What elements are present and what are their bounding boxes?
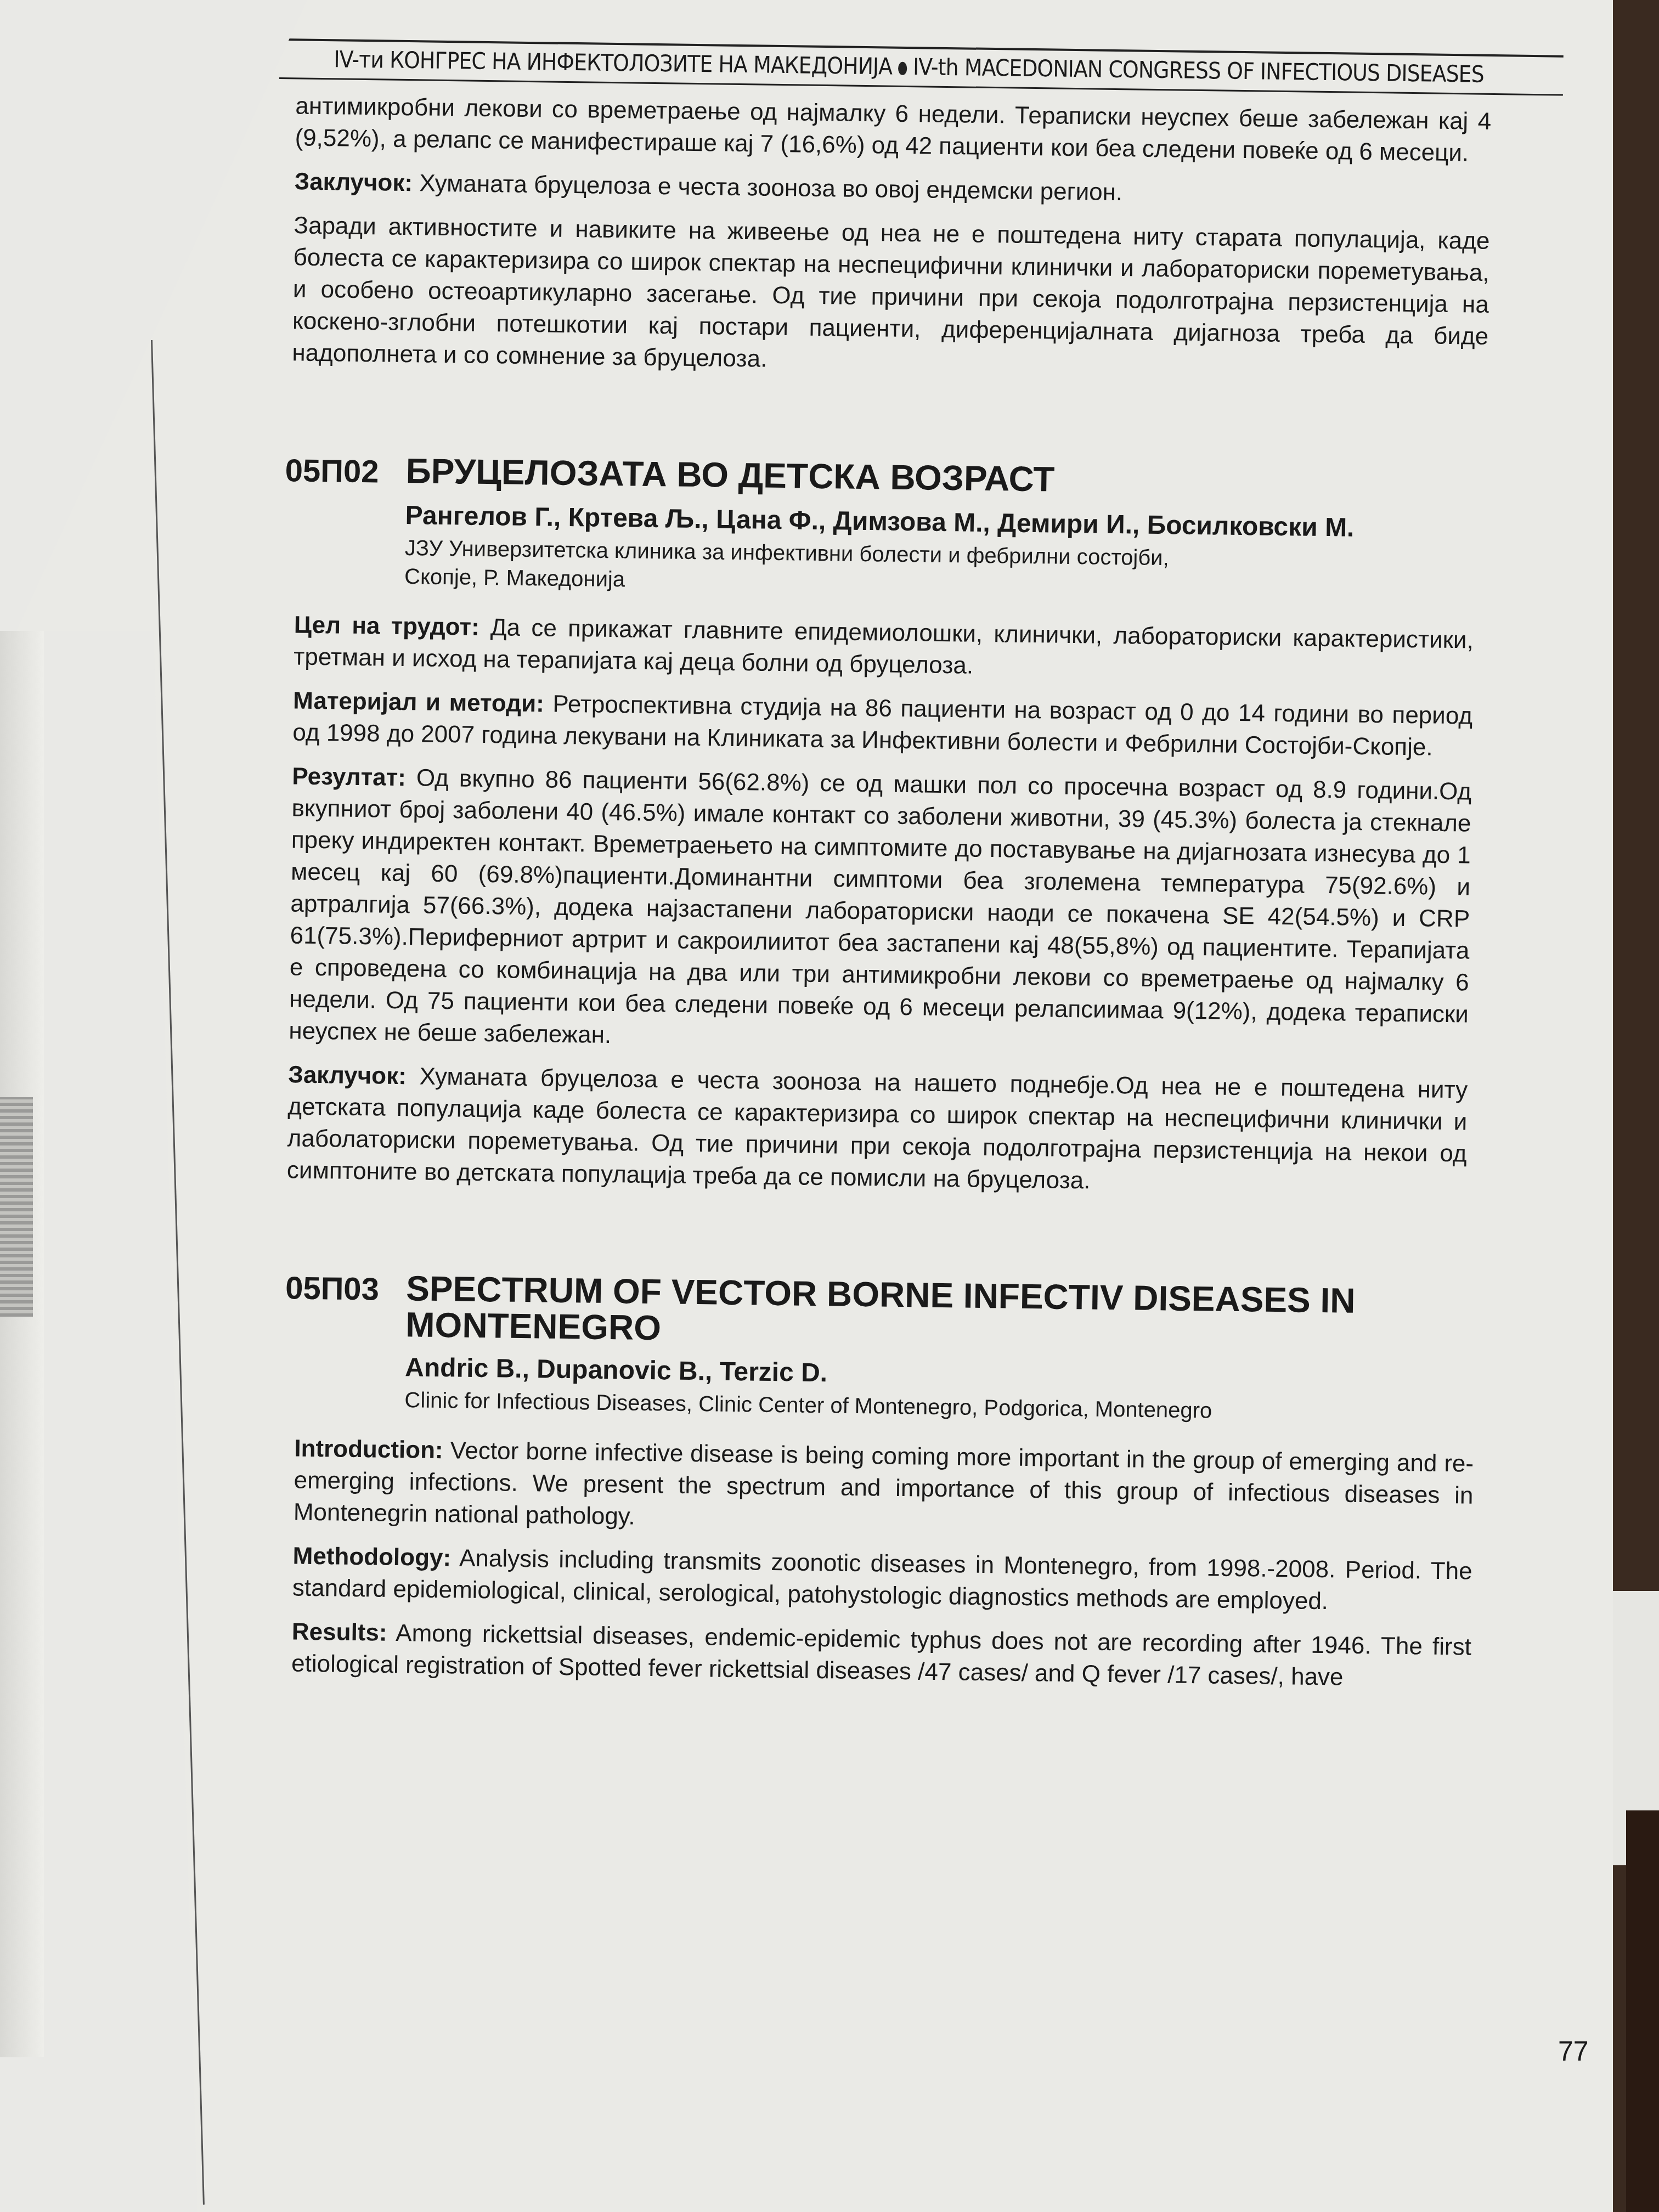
abstract-section: Results: Among rickettsial diseases, end…: [291, 1616, 1471, 1695]
abstract-title: SPECTRUM OF VECTOR BORNE INFECTIV DISEAS…: [405, 1270, 1449, 1356]
continued-paragraph: антимикробни лекови со времетраење од на…: [295, 90, 1491, 170]
section-label: Results:: [292, 1618, 387, 1646]
header-left: IV-ти КОНГРЕС НА ИНФЕКТОЛОЗИТЕ НА МАКЕДО…: [334, 46, 892, 80]
abstract-section: Заклучок: Хуманата бруцелоза е честа зоо…: [287, 1059, 1468, 1201]
section-text: Хуманата бруцелоза е честа зооноза во ов…: [413, 170, 1123, 206]
abstract-05p02: 05П02 БРУЦЕЛОЗАТА ВО ДЕТСКА ВОЗРАСТ Ранг…: [265, 451, 1492, 1202]
section-text: Од вкупно 86 пациенти 56(62.8%) се од ма…: [289, 764, 1472, 1048]
bullet-dot-icon: [898, 61, 907, 75]
abstract-title: БРУЦЕЛОЗАТА ВО ДЕТСКА ВОЗРАСТ: [405, 453, 1054, 497]
page-content: IV-ти КОНГРЕС НА ИНФЕКТОЛОЗИТЕ НА МАКЕДО…: [258, 38, 1498, 1707]
abstract-section: Methodology: Analysis including transmit…: [292, 1541, 1472, 1620]
background-paper-edge: [0, 631, 44, 2057]
section-text: Vector borne infective disease is being …: [294, 1437, 1474, 1530]
continued-abstract: антимикробни лекови со времетраење од на…: [275, 90, 1491, 385]
abstract-section: Цел на трудот: Да се прикажат главните е…: [294, 609, 1474, 688]
abstract-section: Резултат: Од вкупно 86 пациенти 56(62.8%…: [289, 760, 1472, 1062]
abstract-code: 05П03: [285, 1269, 407, 1308]
table-surface: [1626, 1810, 1659, 2212]
abstract-heading: 05П02 БРУЦЕЛОЗАТА ВО ДЕТСКА ВОЗРАСТ: [285, 451, 1492, 505]
page-number: 77: [1558, 2035, 1589, 2067]
background-printed-sheet: [0, 1097, 33, 1317]
continued-paragraph: Заради активностите и навиките на живеењ…: [292, 210, 1490, 385]
abstract-section: Материјал и методи: Ретроспективна студи…: [292, 685, 1472, 764]
section-label: Introduction:: [294, 1435, 443, 1464]
section-text: Among rickettsial diseases, endemic-epid…: [291, 1620, 1471, 1691]
running-header: IV-ти КОНГРЕС НА ИНФЕКТОЛОЗИТЕ НА МАКЕДО…: [279, 38, 1564, 96]
abstract-body: Introduction: Vector borne infective dis…: [280, 1432, 1474, 1695]
document-page: IV-ти КОНГРЕС НА ИНФЕКТОЛОЗИТЕ НА МАКЕДО…: [0, 0, 1629, 2212]
section-label: Methodology:: [292, 1543, 451, 1572]
section-label: Материјал и методи:: [293, 687, 544, 717]
section-text: Analysis including transmits zoonotic di…: [292, 1544, 1472, 1615]
abstract-code: 05П02: [285, 452, 406, 490]
section-text: Хуманата бруцелоза е честа зооноза на на…: [287, 1063, 1468, 1194]
section-label: Заклучок:: [294, 168, 413, 196]
abstract-section: Introduction: Vector borne infective dis…: [293, 1433, 1474, 1544]
section-label: Резултат:: [292, 763, 406, 791]
abstract-body: Цел на трудот: Да се прикажат главните е…: [276, 609, 1474, 1201]
abstract-05p03: 05П03 SPECTRUM OF VECTOR BORNE INFECTIV …: [258, 1268, 1482, 1695]
section-label: Цел на трудот:: [294, 611, 479, 640]
header-right: IV-th MACEDONIAN CONGRESS OF INFECTIOUS …: [913, 53, 1484, 88]
abstract-heading: 05П03 SPECTRUM OF VECTOR BORNE INFECTIV …: [285, 1268, 1482, 1357]
section-label: Заклучок:: [288, 1061, 407, 1090]
abstract-affiliation: ЈЗУ Универзитетска клиника за инфективни…: [404, 534, 1491, 605]
continued-conclusion: Заклучок: Хуманата бруцелоза е честа зоо…: [294, 166, 1491, 213]
